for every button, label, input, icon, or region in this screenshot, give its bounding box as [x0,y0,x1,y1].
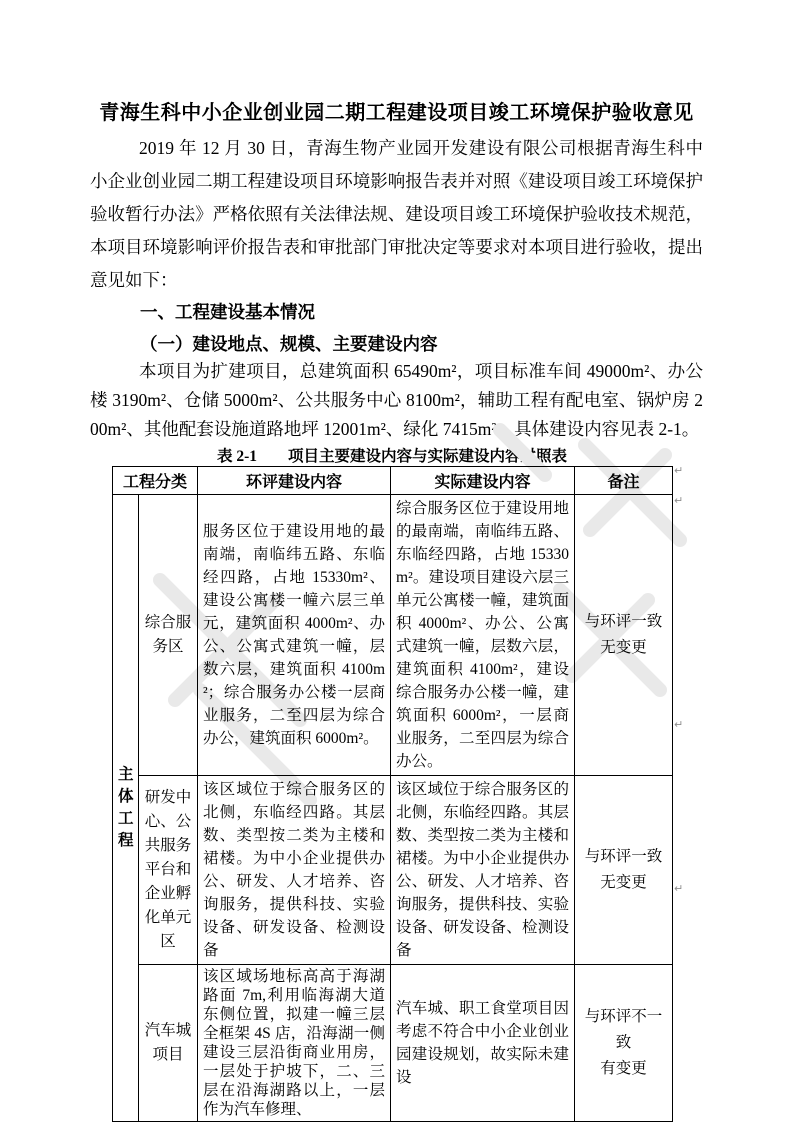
section-heading-1: 一、工程建设基本情况 [140,299,315,324]
note-cell: 与环评一致 无变更 [575,776,673,965]
comparison-table: 工程分类 环评建设内容 实际建设内容 备注 主体工程 综合服务区 服务区位于建设… [112,466,673,1122]
actual-content-cell: 该区域位于综合服务区的北侧，东临经四路。其层数、类型按二类为主楼和裙楼。为中小企… [391,776,575,965]
subcategory-cell: 综合服务区 [139,495,198,776]
header-eia-content: 环评建设内容 [198,467,391,495]
eia-content-cell: 该区域场地标高高于海湖路面 7m,利用临海湖大道东侧位置，拟建一幢三层全框架 4… [198,965,391,1122]
paragraph-mark-icon: ↵ [674,464,683,477]
table-caption: 表 2-1 项目主要建设内容与实际建设内容对照表 [112,444,672,466]
document-page: 青海生科中小企业创业园二期工程建设项目竣工环境保护验收意见 2019 年 12 … [0,0,793,1122]
subcategory-cell: 汽车城项目 [139,965,198,1122]
table-header-row: 工程分类 环评建设内容 实际建设内容 备注 [113,467,673,495]
note-cell: 与环评一致 无变更 [575,495,673,776]
category-group-cell: 主体工程 [113,495,139,1122]
subcategory-cell: 研发中心、公共服务平台和企业孵化单元区 [139,776,198,965]
intro-paragraph: 2019 年 12 月 30 日，青海生物产业园开发建设有限公司根据青海生科中小… [90,132,703,297]
section-heading-2: （一）建设地点、规模、主要建设内容 [140,331,438,356]
table-row: 汽车城项目 该区域场地标高高于海湖路面 7m,利用临海湖大道东侧位置，拟建一幢三… [113,965,673,1122]
construction-scale-paragraph: 本项目为扩建项目，总建筑面积 65490m²，项目标准车间 49000m²、办公… [90,357,703,444]
eia-content-cell: 服务区位于建设用地的最南端，南临纬五路、东临经四路，占地 15330m²、建设公… [198,495,391,776]
actual-content-cell: 综合服务区位于建设用地的最南端，南临纬五路、东临经四路，占地 15330m²。建… [391,495,575,776]
header-category: 工程分类 [113,467,198,495]
actual-content-cell: 汽车城、职工食堂项目因考虑不符合中小企业创业园建设规划，故实际未建设 [391,965,575,1122]
table-row: 研发中心、公共服务平台和企业孵化单元区 该区域位于综合服务区的北侧，东临经四路。… [113,776,673,965]
paragraph-mark-icon: ↵ [674,882,683,895]
header-actual-content: 实际建设内容 [391,467,575,495]
document-title: 青海生科中小企业创业园二期工程建设项目竣工环境保护验收意见 [0,96,793,125]
table-row: 主体工程 综合服务区 服务区位于建设用地的最南端，南临纬五路、东临经四路，占地 … [113,495,673,776]
eia-content-cell: 该区域位于综合服务区的北侧，东临经四路。其层数、类型按二类为主楼和裙楼。为中小企… [198,776,391,965]
paragraph-mark-icon: ↵ [674,494,683,507]
paragraph-mark-icon: ↵ [674,718,683,731]
note-cell: 与环评不一致 有变更 [575,965,673,1122]
header-note: 备注 [575,467,673,495]
